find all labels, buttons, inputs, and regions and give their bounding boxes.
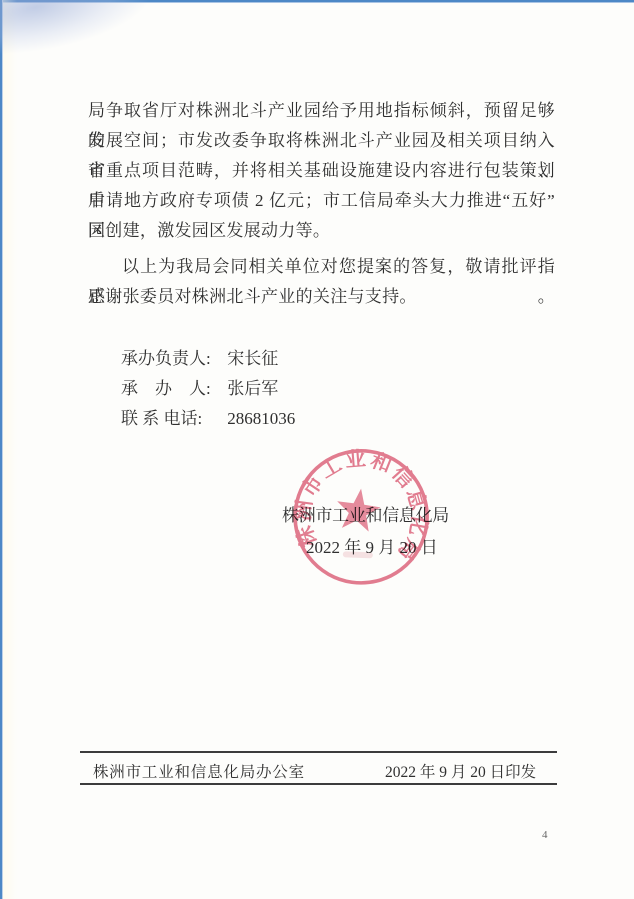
page-number: 4: [542, 829, 548, 841]
scanned-document-page: 局争取省厅对株洲北斗产业园给予用地指标倾斜，预留足够的 发展空间；市发改委争取将…: [0, 0, 634, 899]
footer-print-date: 2022 年 9 月 20 日印发: [385, 760, 536, 782]
contact-label: 承 办 人:: [121, 374, 217, 404]
body-line: 局争取省厅对株洲北斗产业园给予用地指标倾斜，预留足够的: [88, 96, 555, 126]
official-seal: 株洲市工业和信息化局: [281, 437, 444, 600]
footer-office: 株洲市工业和信息化局办公室: [93, 760, 305, 782]
body-paragraph-1: 局争取省厅对株洲北斗产业园给予用地指标倾斜，预留足够的 发展空间；市发改委争取将…: [88, 96, 555, 246]
body-line: 申请地方政府专项债 2 亿元；市工信局牵头大力推进“五好” 园: [88, 186, 555, 216]
scan-edge-left-tint: [3, 0, 17, 899]
contact-value: 宋长征: [227, 344, 278, 374]
body-line: 以上为我局会同相关单位对您提案的答复，敬请批评指正。: [88, 252, 555, 282]
footer-rule-bottom: [80, 783, 557, 785]
contact-phone: 联 系 电话: 28681036: [121, 404, 295, 434]
contact-label: 联 系 电话:: [121, 404, 217, 434]
body-line: 市重点项目范畴，并将相关基础设施建设内容进行包装策划后: [88, 156, 555, 186]
contact-label: 承办负责人:: [121, 344, 217, 374]
contact-undertaker-lead: 承办负责人: 宋长征: [121, 344, 295, 374]
contact-value: 张后军: [227, 374, 278, 404]
official-seal-graphic: 株洲市工业和信息化局: [281, 437, 444, 600]
contact-block: 承办负责人: 宋长征 承 办 人: 张后军 联 系 电话: 28681036: [121, 344, 295, 434]
seal-faint-serial-smudge: [343, 551, 373, 558]
contact-value: 28681036: [227, 404, 295, 434]
page-corner-curl: [0, 0, 160, 59]
body-line: 发展空间；市发改委争取将株洲北斗产业园及相关项目纳入省、: [88, 126, 555, 156]
seal-star-icon: [334, 486, 383, 533]
body-paragraph-2: 以上为我局会同相关单位对您提案的答复，敬请批评指正。 感谢张委员对株洲北斗产业的…: [88, 252, 555, 312]
footer-rule-top: [80, 751, 557, 753]
body-line: 区创建，激发园区发展动力等。: [88, 216, 555, 246]
contact-undertaker: 承 办 人: 张后军: [121, 374, 295, 404]
